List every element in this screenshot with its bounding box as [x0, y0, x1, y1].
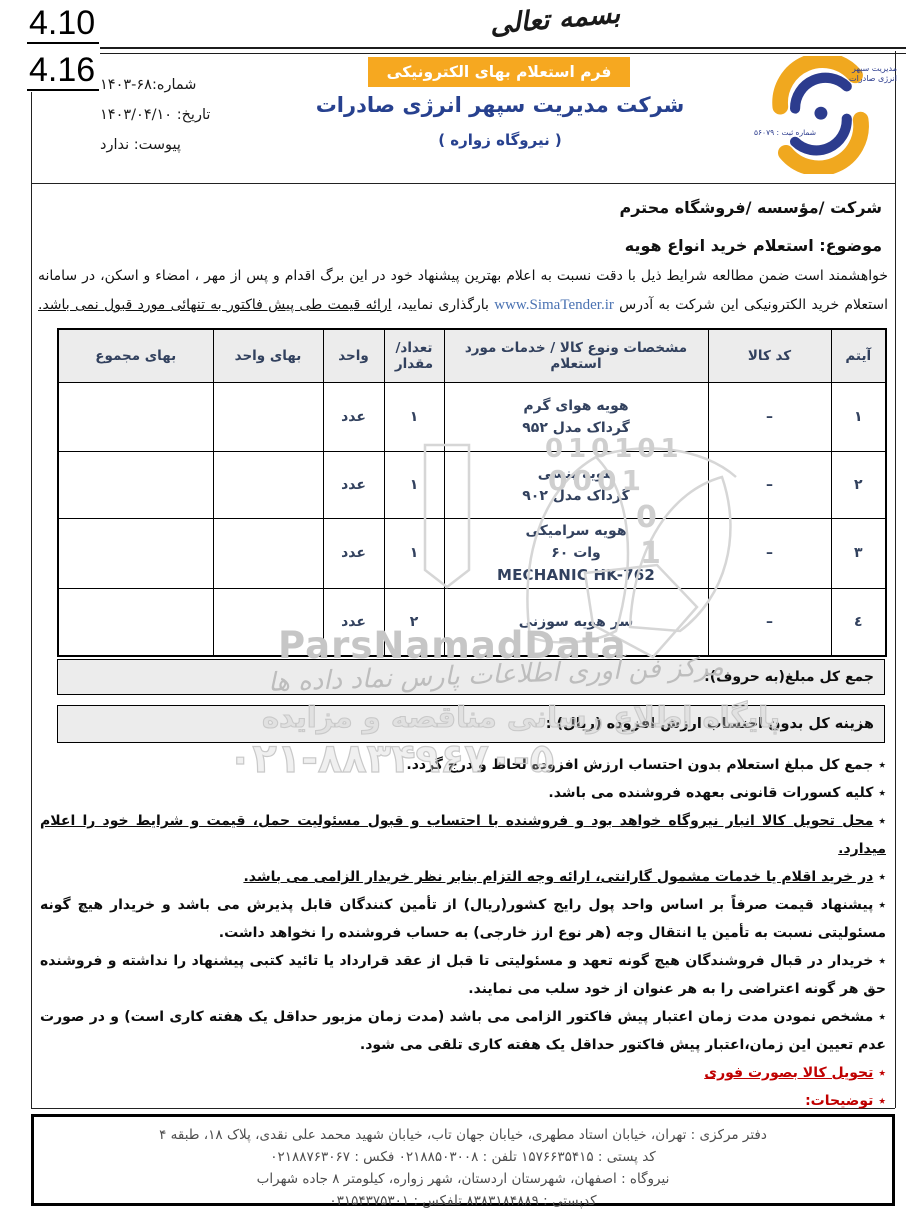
- bullet-icon: ٭: [878, 757, 886, 773]
- doc-date-label: تاریخ:: [177, 107, 211, 123]
- cell-unit: عدد: [323, 382, 384, 451]
- term-item: ٭در خرید اقلام یا خدمات مشمول گارانتی، ا…: [40, 863, 886, 891]
- table-header-row: آیتم کد کالا مشخصات ونوع کالا / خدمات مو…: [58, 329, 886, 382]
- corner-number-top: 4.10: [27, 6, 99, 44]
- term-item: ٭پیشنهاد قیمت صرفاً بر اساس واحد پول رای…: [40, 891, 886, 947]
- logo-registration-number: شماره ثبت : ۵۶۰۷۹: [754, 128, 816, 137]
- cell-total: [58, 451, 213, 518]
- cell-item: ۳: [831, 518, 886, 588]
- cell-code: –: [708, 588, 831, 656]
- company-title: شرکت مدیریت سپهر انرژی صادرات: [280, 93, 720, 117]
- bullet-icon: ٭: [878, 1009, 886, 1025]
- cell-item: ٤: [831, 588, 886, 656]
- doc-number-value: ۶۸-۱۴۰۳: [100, 77, 152, 93]
- corner-number-bottom: 4.16: [27, 53, 99, 91]
- col-header-unit: واحد: [323, 329, 384, 382]
- cell-spec: هویه سرامیکی ۶۰ وات MECHANIC HK-762: [444, 518, 708, 588]
- cell-unit: عدد: [323, 518, 384, 588]
- logo-wordmark: مدیریت سپهر انرژی صادرات: [849, 64, 897, 84]
- bullet-icon: ٭: [878, 869, 886, 885]
- footer-head-office: دفتر مرکزی : تهران، خیابان استاد مطهری، …: [34, 1124, 892, 1146]
- col-header-unit-price: بهای واحد: [213, 329, 323, 382]
- header-divider: [31, 183, 895, 184]
- cell-qty: ۱: [384, 518, 444, 588]
- bullet-icon: ٭: [878, 897, 886, 913]
- term-item: ٭کلیه کسورات قانونی بعهده فروشنده می باش…: [40, 779, 886, 807]
- footer-plant-postal: کدپستی : ۸۳۸۳۱۸۴۸۸۹ تلفکس : ۰۳۱۵۴۳۷۵۳۰۱: [34, 1190, 892, 1212]
- term-item-remarks: ٭توضیحات:: [40, 1087, 886, 1115]
- company-logo: مدیریت سپهر انرژی صادرات شماره ثبت : ۵۶۰…: [752, 50, 897, 180]
- doc-date-value: ۱۴۰۳/۰۴/۱۰: [100, 107, 172, 123]
- cell-code: –: [708, 518, 831, 588]
- col-header-qty: تعداد/ مقدار: [384, 329, 444, 382]
- cell-code: –: [708, 451, 831, 518]
- footer-address-box: دفتر مرکزی : تهران، خیابان استاد مطهری، …: [31, 1114, 895, 1206]
- terms-list: ٭جمع کل مبلغ استعلام بدون احتساب ارزش اف…: [40, 751, 886, 1115]
- plant-subtitle: ( نیروگاه زواره ): [280, 131, 720, 149]
- subject-line: موضوع: استعلام خرید انواع هویه: [40, 236, 882, 255]
- bismillah-calligraphy: بسمه تعالی: [454, 0, 656, 44]
- table-row: ۱ – هویه هوای گرم گرداک مدل ۹۵۲ ۱ عدد: [58, 382, 886, 451]
- bullet-icon: ٭: [878, 1093, 886, 1109]
- col-header-spec: مشخصات ونوع کالا / خدمات مورد استعلام: [444, 329, 708, 382]
- table-row: ۲ – هویه پنسی گرداک مدل ۹۰۲ ۱ عدد: [58, 451, 886, 518]
- cell-unit-price: [213, 451, 323, 518]
- cell-qty: ۲: [384, 588, 444, 656]
- intro-text-mid: بارگذاری نمایید،: [397, 297, 489, 313]
- term-item: ٭جمع کل مبلغ استعلام بدون احتساب ارزش اف…: [40, 751, 886, 779]
- col-header-total: بهای مجموع: [58, 329, 213, 382]
- cell-qty: ۱: [384, 451, 444, 518]
- term-item: ٭مشخص نمودن مدت زمان اعتبار پیش فاکتور ا…: [40, 1003, 886, 1059]
- cell-item: ۱: [831, 382, 886, 451]
- total-without-vat-row: هزینه کل بدون احتساب ارزش افزوده (ریال) …: [57, 705, 885, 743]
- cell-unit-price: [213, 382, 323, 451]
- table-row: ۳ – هویه سرامیکی ۶۰ وات MECHANIC HK-762 …: [58, 518, 886, 588]
- simatender-url[interactable]: www.SimaTender.ir: [494, 297, 614, 313]
- attachment-label: پیوست:: [134, 137, 181, 153]
- col-header-item: آیتم: [831, 329, 886, 382]
- cell-spec: هویه پنسی گرداک مدل ۹۰۲: [444, 451, 708, 518]
- greeting-line: شرکت /مؤسسه /فروشگاه محترم: [40, 198, 882, 217]
- bullet-icon: ٭: [878, 1065, 886, 1081]
- cell-unit: عدد: [323, 588, 384, 656]
- col-header-code: کد کالا: [708, 329, 831, 382]
- attachment-value: ندارد: [100, 137, 129, 153]
- bullet-icon: ٭: [878, 813, 886, 829]
- header-meta: شماره:۶۸-۱۴۰۳ تاریخ: ۱۴۰۳/۰۴/۱۰ پیوست: ن…: [100, 70, 240, 160]
- items-table: آیتم کد کالا مشخصات ونوع کالا / خدمات مو…: [57, 328, 887, 657]
- term-item: ٭محل تحویل کالا انبار نیروگاه خواهد بود …: [40, 807, 886, 863]
- cell-total: [58, 382, 213, 451]
- cell-unit-price: [213, 588, 323, 656]
- frame-left-border: [31, 92, 32, 1108]
- cell-total: [58, 588, 213, 656]
- cell-unit-price: [213, 518, 323, 588]
- cell-qty: ۱: [384, 382, 444, 451]
- cell-total: [58, 518, 213, 588]
- cell-spec: هویه هوای گرم گرداک مدل ۹۵۲: [444, 382, 708, 451]
- term-item-urgent-delivery: ٭تحویل کالا بصورت فوری: [40, 1059, 886, 1087]
- cell-item: ۲: [831, 451, 886, 518]
- cell-code: –: [708, 382, 831, 451]
- frame-right-border: [895, 51, 896, 1108]
- bullet-icon: ٭: [878, 953, 886, 969]
- intro-underlined-clause: ارائه قیمت طی پیش فاکتور به تنهائی مورد …: [38, 297, 392, 313]
- bullet-icon: ٭: [878, 785, 886, 801]
- items-table-wrapper: آیتم کد کالا مشخصات ونوع کالا / خدمات مو…: [57, 328, 887, 657]
- table-row: ٤ – سر هویه سوزنی ۲ عدد: [58, 588, 886, 656]
- form-type-badge: فرم استعلام بهای الکترونیکی: [368, 57, 630, 87]
- footer-postal-phone: کد پستی : ۱۵۷۶۶۳۵۴۱۵ تلفن : ۰۲۱۸۸۵۰۳۰۰۸ …: [34, 1146, 892, 1168]
- cell-unit: عدد: [323, 451, 384, 518]
- cell-spec: سر هویه سوزنی: [444, 588, 708, 656]
- footer-plant-address: نیروگاه : اصفهان، شهرستان اردستان، شهر ز…: [34, 1168, 892, 1190]
- total-in-words-row: جمع کل مبلغ(به حروف):: [57, 659, 885, 695]
- inquiry-form-page: 4.10 4.16 بسمه تعالی شماره:۶۸-۱۴۰۳ تاریخ…: [0, 0, 910, 1217]
- term-item: ٭خریدار در قبال فروشندگان هیچ گونه تعهد …: [40, 947, 886, 1003]
- doc-number-label: شماره:: [152, 77, 196, 93]
- intro-paragraph: خواهشمند است ضمن مطالعه شرایط ذیل با دقت…: [38, 262, 888, 320]
